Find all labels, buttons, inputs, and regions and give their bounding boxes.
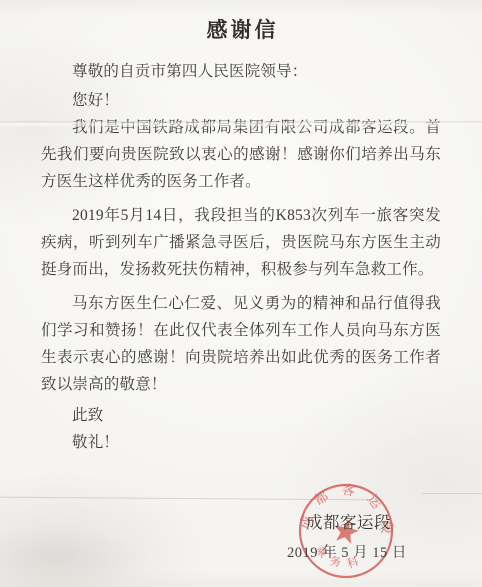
letter-title: 感谢信 [0, 14, 482, 44]
salutation: 尊敬的自贡市第四人民医院领导： [41, 58, 441, 85]
paragraph-1: 我们是中国铁路成都局集团有限公司成都客运段。首先我们要向贵医院致以衷心的感谢！感… [41, 114, 441, 195]
date: 2019 年 5 月 15 日 [287, 541, 407, 562]
signature: 成都客运段 [306, 509, 391, 533]
letter-body: 尊敬的自贡市第四人民医院领导： 您好！ 我们是中国铁路成都局集团有限公司成都客运… [41, 58, 441, 456]
scan-artifact-blotch [0, 520, 180, 587]
closing-salute: 此致 [41, 402, 441, 429]
scanned-letter-page: 感谢信 尊敬的自贡市第四人民医院领导： 您好！ 我们是中国铁路成都局集团有限公司… [0, 0, 482, 587]
paragraph-2: 2019年5月14日，我段担当的K853次列车一旅客突发疾病，听到列车广播紧急寻… [41, 202, 441, 283]
scan-artifact-line [422, 493, 482, 494]
closing-respect: 敬礼！ [41, 429, 441, 456]
greeting: 您好！ [41, 87, 441, 114]
paragraph-3: 马东方医生仁心仁爱、见义勇为的精神和品行值得我们学习和赞扬！在此仅代表全体列车工… [41, 290, 441, 398]
